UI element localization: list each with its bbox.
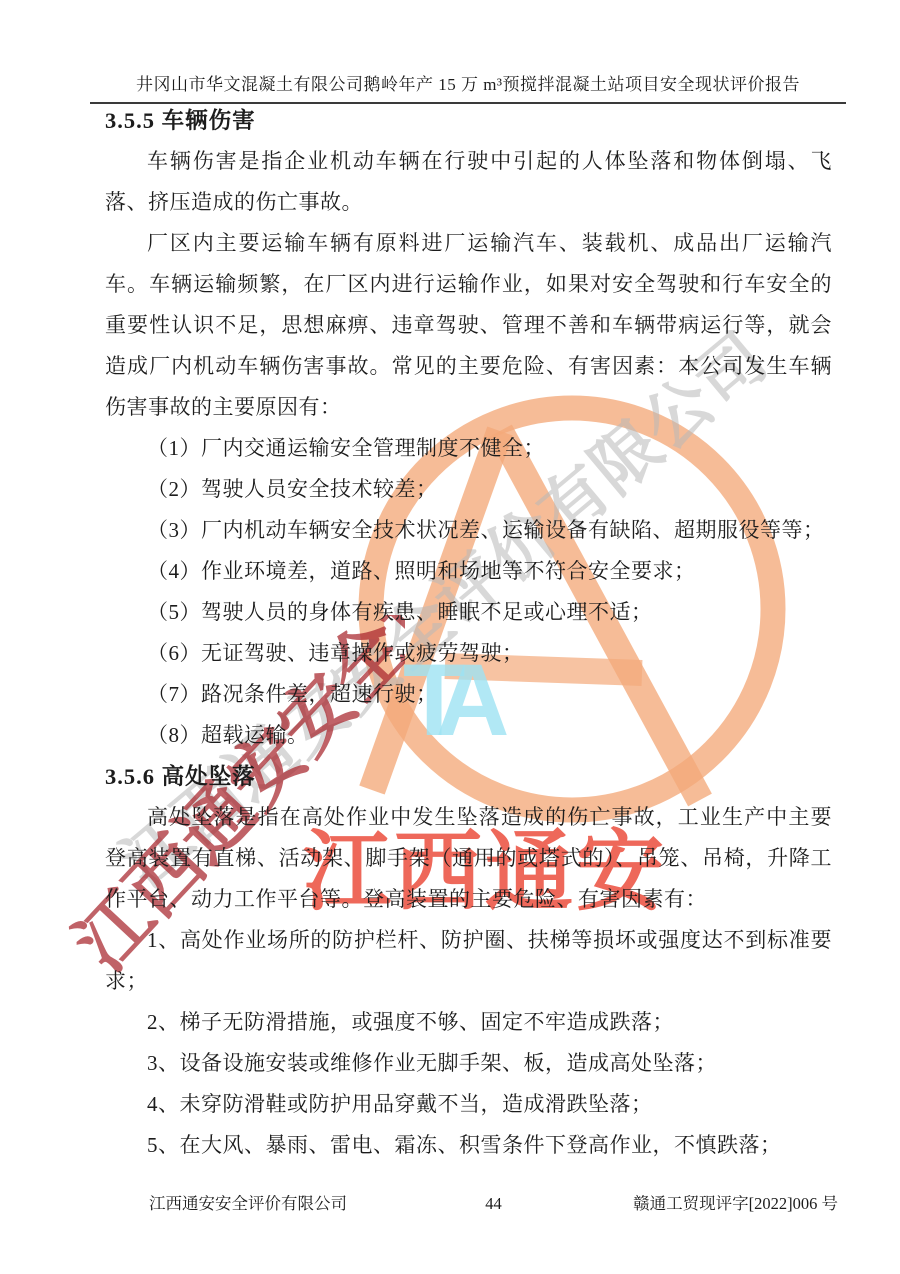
list-item: 5、在大风、暴雨、雷电、霜冻、积雪条件下登高作业，不慎跌落； xyxy=(105,1125,832,1166)
list-item: 3、设备设施安装或维修作业无脚手架、板，造成高处坠落； xyxy=(105,1043,832,1084)
report-title: 井冈山市华文混凝土有限公司鹅岭年产 15 万 m³预搅拌混凝土站项目安全现状评价… xyxy=(136,75,800,94)
paragraph: 高处坠落是指在高处作业中发生坠落造成的伤亡事故，工业生产中主要登高装置有直梯、活… xyxy=(105,797,832,920)
document-page: 江西通安安全评价有限公司 江西通安安全评价有限公司 TA 江西通安 井冈山市华文… xyxy=(0,0,900,1274)
list-item: 2、梯子无防滑措施，或强度不够、固定不牢造成跌落； xyxy=(105,1002,832,1043)
page-footer: 江西通安安全评价有限公司 44 赣通工贸现评字[2022]006 号 xyxy=(105,1190,838,1214)
footer-company: 江西通安安全评价有限公司 xyxy=(105,1190,485,1214)
footer-doc-number: 赣通工贸现评字[2022]006 号 xyxy=(502,1190,838,1214)
list-item: （8）超载运输。 xyxy=(105,715,832,756)
list-item: （7）路况条件差，超速行驶； xyxy=(105,674,832,715)
page-header: 井冈山市华文混凝土有限公司鹅岭年产 15 万 m³预搅拌混凝土站项目安全现状评价… xyxy=(90,70,846,104)
paragraph: 车辆伤害是指企业机动车辆在行驶中引起的人体坠落和物体倒塌、飞落、挤压造成的伤亡事… xyxy=(105,141,832,223)
list-item: 4、未穿防滑鞋或防护用品穿戴不当，造成滑跌坠落； xyxy=(105,1084,832,1125)
footer-page-number: 44 xyxy=(485,1194,502,1214)
paragraph: 厂区内主要运输车辆有原料进厂运输汽车、装载机、成品出厂运输汽车。车辆运输频繁，在… xyxy=(105,223,832,428)
list-item: （2）驾驶人员安全技术较差； xyxy=(105,469,832,510)
list-item: （4）作业环境差，道路、照明和场地等不符合安全要求； xyxy=(105,551,832,592)
document-body: 3.5.5 车辆伤害 车辆伤害是指企业机动车辆在行驶中引起的人体坠落和物体倒塌、… xyxy=(105,100,832,1166)
list-item: （5）驾驶人员的身体有疾患、睡眠不足或心理不适； xyxy=(105,592,832,633)
section-heading-3-5-5: 3.5.5 车辆伤害 xyxy=(105,100,832,141)
section-heading-3-5-6: 3.5.6 高处坠落 xyxy=(105,756,832,797)
list-item: （3）厂内机动车辆安全技术状况差、运输设备有缺陷、超期服役等等； xyxy=(105,510,832,551)
list-item: 1、高处作业场所的防护栏杆、防护圈、扶梯等损坏或强度达不到标准要求； xyxy=(105,920,832,1002)
list-item: （1）厂内交通运输安全管理制度不健全； xyxy=(105,428,832,469)
list-item: （6）无证驾驶、违章操作或疲劳驾驶； xyxy=(105,633,832,674)
